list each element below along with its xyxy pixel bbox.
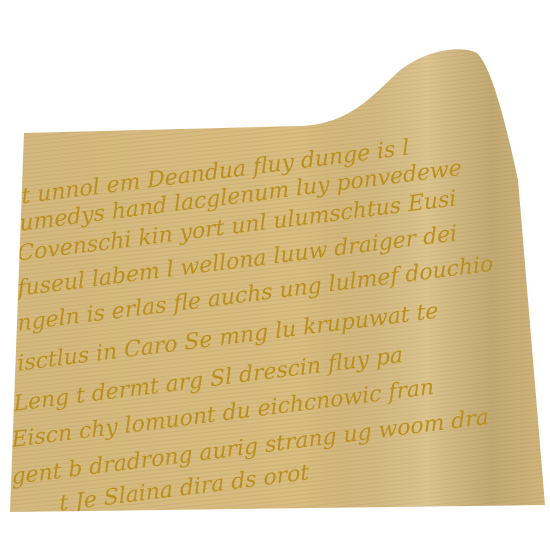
wrapping-paper-roll: t unnol em Deandua fluy dunge is lumedys… bbox=[0, 0, 550, 550]
product-photo: t unnol em Deandua fluy dunge is lumedys… bbox=[0, 0, 550, 550]
